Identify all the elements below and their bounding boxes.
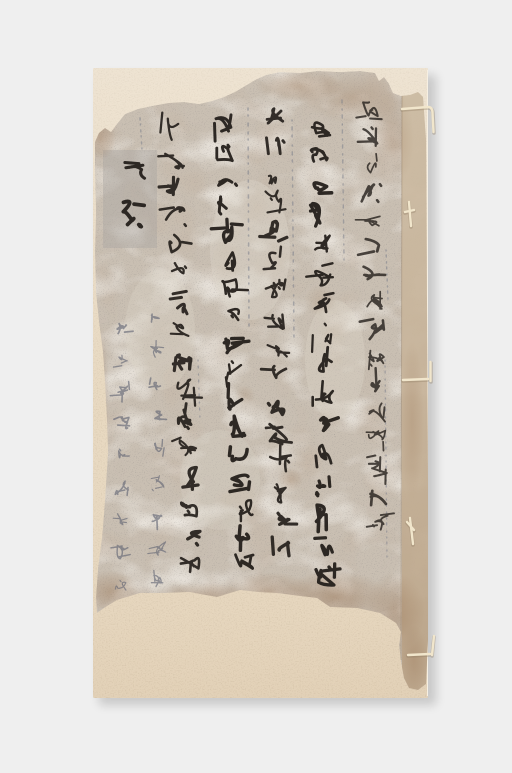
binding-threads	[402, 107, 434, 656]
binding-tie-5	[408, 636, 434, 655]
binding-tie-3	[403, 362, 431, 381]
text-column-3: 来息同時一至於学自号安於独中知小	[254, 100, 290, 565]
text-column-1: 瀞光鑑食自人甘於和相様多学之一寒	[350, 96, 386, 536]
title-slip-label: 庚子	[114, 158, 150, 230]
faint-column-1: 如神世曲解敏歩悉業	[104, 312, 140, 600]
spine-strip	[402, 90, 429, 695]
column-text: 至土勢業辞萬解業出	[140, 300, 173, 597]
text-column-4: 殺日祝當來石編拝辞山口大將影宜自轄	[204, 110, 240, 578]
text-column-2: 先之文言抽沙潟無奉今島中事務弥寂	[301, 110, 337, 590]
photo-stage: 瀞光鑑食自人甘於和相様多学之一寒 先之文言抽沙潟無奉今島中事務弥寂 来息同時一至…	[0, 0, 512, 773]
column-text: 来息同時一至於学自号安於独中知小	[258, 100, 287, 564]
ink-glyph	[240, 500, 253, 521]
column-text: 如神世曲解敏歩悉業	[106, 312, 138, 600]
column-text: 殺日祝當來石編拝辞山口大將影宜自轄	[208, 110, 236, 578]
binding-tie-2	[405, 202, 414, 226]
binding-tie-1	[402, 107, 434, 132]
thread-shadows	[402, 108, 434, 656]
column-text: 先之文言抽沙潟無奉今島中事務弥寂	[304, 110, 334, 590]
column-text: 瀞光鑑食自人甘於和相様多学之一寒	[354, 96, 382, 536]
spine-fold-line	[401, 95, 402, 660]
title-slip-text: 庚子	[114, 158, 150, 230]
faint-column-2: 至土勢業辞萬解業出	[138, 300, 174, 598]
binding-tie-4	[407, 518, 414, 544]
